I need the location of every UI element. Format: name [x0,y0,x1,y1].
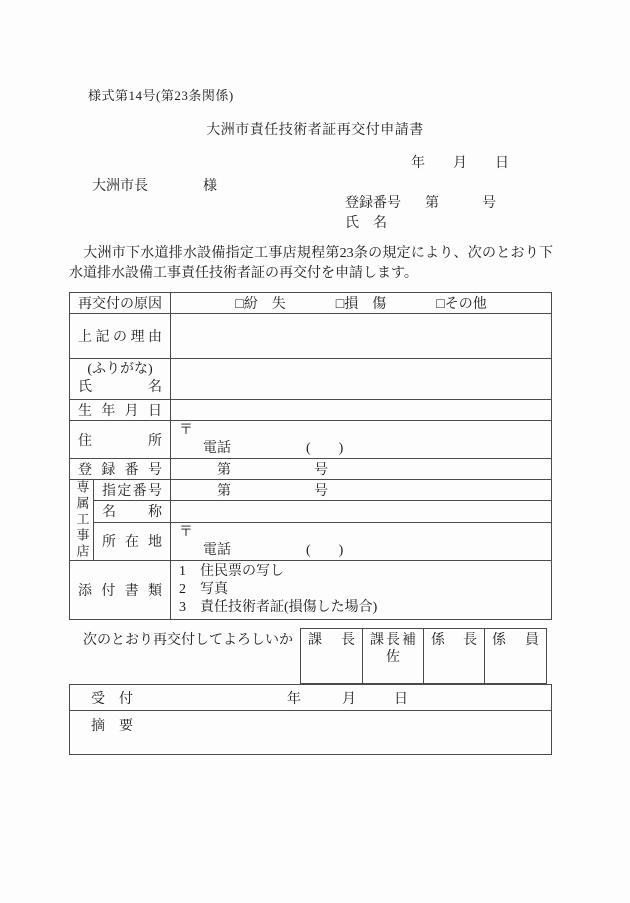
phone-paren: ( ) [306,543,343,558]
honorific: 様 [203,179,217,194]
stamp-box-label: 課長補佐 [363,632,423,666]
form-number: 様式第14号(第23条関係) [88,85,234,104]
stamp-box-assistant-chief: 課長補佐 [362,628,424,684]
addressee: 大洲市長 [92,179,148,194]
postal-mark: 〒 [171,524,551,542]
phone-paren: ( ) [306,441,343,456]
stamp-box-label: 係長 [424,632,484,649]
date-line: 年 月 日 [411,152,509,172]
cause-label: 再交付の原因 [70,293,171,314]
checkbox-damaged: □損 傷 [336,293,386,313]
stamp-box-label: 係員 [485,632,546,649]
page-title: 大洲市責任技術者証再交付申請書 [0,119,630,139]
checkbox-other: □その他 [436,293,486,313]
row-summary: 摘 要 [70,711,552,755]
address-value: 〒 電話( ) [171,421,552,459]
attachments-list: 1 住民票の写し 2 写真 3 責任技術者証(損傷した場合) [171,561,552,620]
postal-mark: 〒 [171,422,551,440]
birthdate-label: 生年月日 [70,400,171,421]
stamp-box-staff: 係員 [484,628,547,684]
registration-number-line: 登録番号第号 [345,192,496,212]
attachment-item: 3 責任技術者証(損傷した場合) [179,599,551,617]
shop-name-value [171,501,552,522]
application-table: 再交付の原因 □紛 失 □損 傷 □その他 上記の理由 (ふりがな) 氏名 生年… [69,292,552,620]
reception-label: 受 付 [91,692,133,707]
applicant-name-line: 氏 名 [345,212,387,232]
row-address: 住所 〒 電話( ) [70,421,552,459]
row-attachments: 添付書類 1 住民票の写し 2 写真 3 責任技術者証(損傷した場合) [70,561,552,620]
office-use-table: 受 付年月日 摘 要 [69,684,552,755]
stamp-box-section-chief: 課長 [300,628,363,684]
designation-dai: 第 [217,484,231,499]
row-cause: 再交付の原因 □紛 失 □損 傷 □その他 [70,293,552,314]
stamp-box-subsection-chief: 係長 [423,628,485,684]
row-shop-name: 名称 [70,501,552,522]
addressee-line: 大洲市長様 [92,175,217,195]
registration-row-label: 登録番号 [70,459,171,480]
attachments-label: 添付書類 [70,561,171,620]
attachment-item: 1 住民票の写し [179,563,551,581]
row-reason: 上記の理由 [70,314,552,359]
registration-dai: 第 [425,196,439,211]
row-birthdate: 生年月日 [70,400,552,421]
row-shop-address: 所在地 〒 電話( ) [70,522,552,561]
reception-year: 年 [287,692,301,707]
registration-go: 号 [482,196,496,211]
phone-label: 電話 [203,543,231,558]
row-name: (ふりがな) 氏名 [70,359,552,400]
designation-go: 号 [314,484,328,499]
approval-stamp-boxes: 課長 課長補佐 係長 係員 [300,628,547,684]
cause-options: □紛 失 □損 傷 □その他 [171,293,551,313]
checkbox-lost: □紛 失 [235,293,285,313]
summary-label: 摘 要 [91,719,133,734]
furigana-label: (ふりがな) [78,361,162,379]
approval-question: 次のとおり再交付してよろしいか [69,630,297,652]
shop-name-label: 名称 [94,501,171,522]
reason-label: 上記の理由 [70,314,171,359]
row-registration: 登録番号 第号 [70,459,552,480]
shop-vertical-label-cell: 専属工事店 [70,480,94,561]
address-label: 住所 [70,421,171,459]
phone-label: 電話 [203,441,231,456]
shop-address-label: 所在地 [94,522,171,561]
name-label: 氏名 [78,379,162,397]
row-reception: 受 付年月日 [70,685,552,711]
shop-vertical-label: 専属工事店 [71,480,93,560]
registration-label: 登録番号 [345,196,401,211]
reception-day: 日 [394,692,408,707]
designation-label: 指定番号 [94,480,171,501]
reason-value [171,314,552,359]
registration-go: 号 [314,463,328,478]
row-designation: 専属工事店 指定番号 第号 [70,480,552,501]
stamp-box-label: 課長 [301,632,362,649]
shop-address-value: 〒 電話( ) [171,522,552,561]
registration-dai: 第 [217,463,231,478]
document-page: 様式第14号(第23条関係) 大洲市責任技術者証再交付申請書 年 月 日 大洲市… [0,0,630,903]
name-value [171,359,552,400]
attachment-item: 2 写真 [179,581,551,599]
reception-month: 月 [342,692,356,707]
birthdate-value [171,400,552,421]
body-paragraph: 大洲市下水道排水設備指定工事店規程第23条の規定により、次のとおり下水道排水設備… [69,244,553,284]
